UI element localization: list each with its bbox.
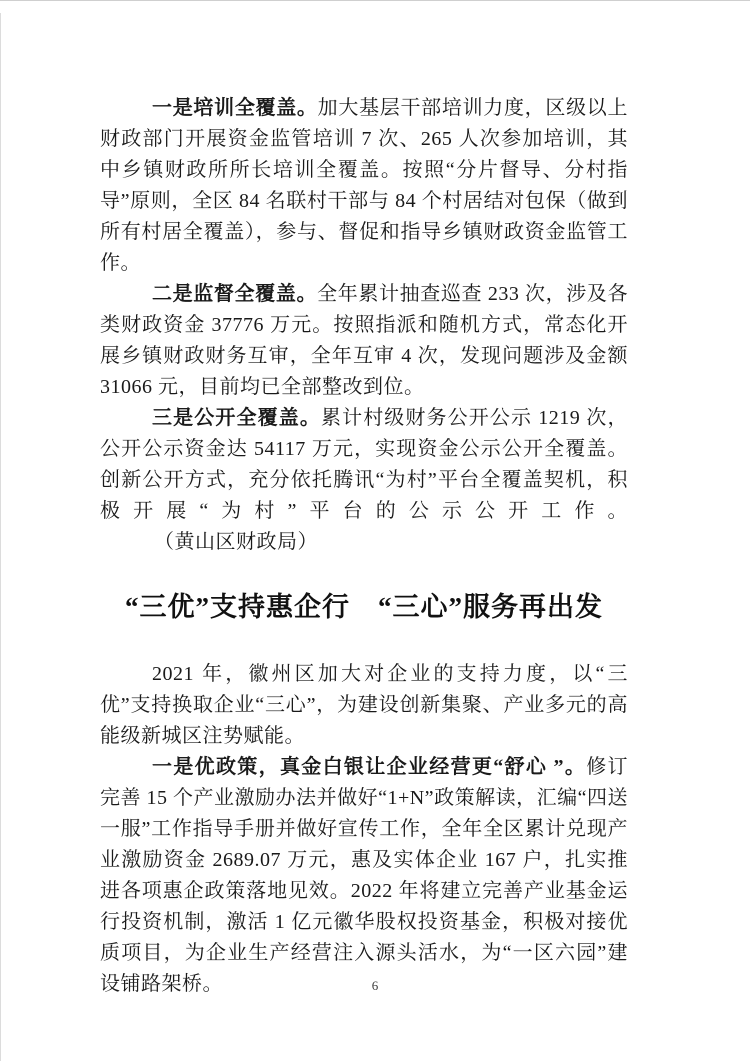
paragraph-disclosure-coverage: 三是公开全覆盖。累计村级财务公开公示 1219 次，公开公示资金达 54117 … (100, 403, 628, 558)
paragraph-lead: 一是培训全覆盖。 (152, 97, 318, 119)
paragraph-lead: 一是优政策，真金白银让企业经营更“舒心 ”。 (152, 756, 586, 778)
paragraph-lead: 二是监督全覆盖。 (152, 283, 317, 305)
paragraph-text: 修订完善 15 个产业激励办法并做好“1+N”政策解读，汇编“四送一服”工作指导… (100, 756, 628, 995)
paragraph-text: 2021 年，徽州区加大对企业的支持力度，以“三优”支持换取企业“三心”，为建设… (100, 663, 628, 747)
page-content: 一是培训全覆盖。加大基层干部培训力度，区级以上财政部门开展资金监管培训 7 次、… (0, 1, 750, 1000)
paragraph-2021-overview: 2021 年，徽州区加大对企业的支持力度，以“三优”支持换取企业“三心”，为建设… (100, 659, 628, 752)
paragraph-policy-optimization: 一是优政策，真金白银让企业经营更“舒心 ”。修订完善 15 个产业激励办法并做好… (100, 752, 628, 1000)
document-page: 一是培训全覆盖。加大基层干部培训力度，区级以上财政部门开展资金监管培训 7 次、… (0, 0, 750, 1061)
paragraph-lead: 三是公开全覆盖。 (152, 407, 321, 429)
article-title-enterprise-support: “三优”支持惠企行 “三心”服务再出发 (100, 588, 628, 626)
attribution-huangshan-finance-bureau: （黄山区财政局） (164, 531, 318, 553)
paragraph-text: 加大基层干部培训力度，区级以上财政部门开展资金监管培训 7 次、265 人次参加… (100, 97, 628, 274)
paragraph-supervision-coverage: 二是监督全覆盖。全年累计抽查巡查 233 次，涉及各类财政资金 37776 万元… (100, 279, 628, 403)
page-number: 6 (0, 978, 750, 994)
paragraph-training-coverage: 一是培训全覆盖。加大基层干部培训力度，区级以上财政部门开展资金监管培训 7 次、… (100, 93, 628, 279)
